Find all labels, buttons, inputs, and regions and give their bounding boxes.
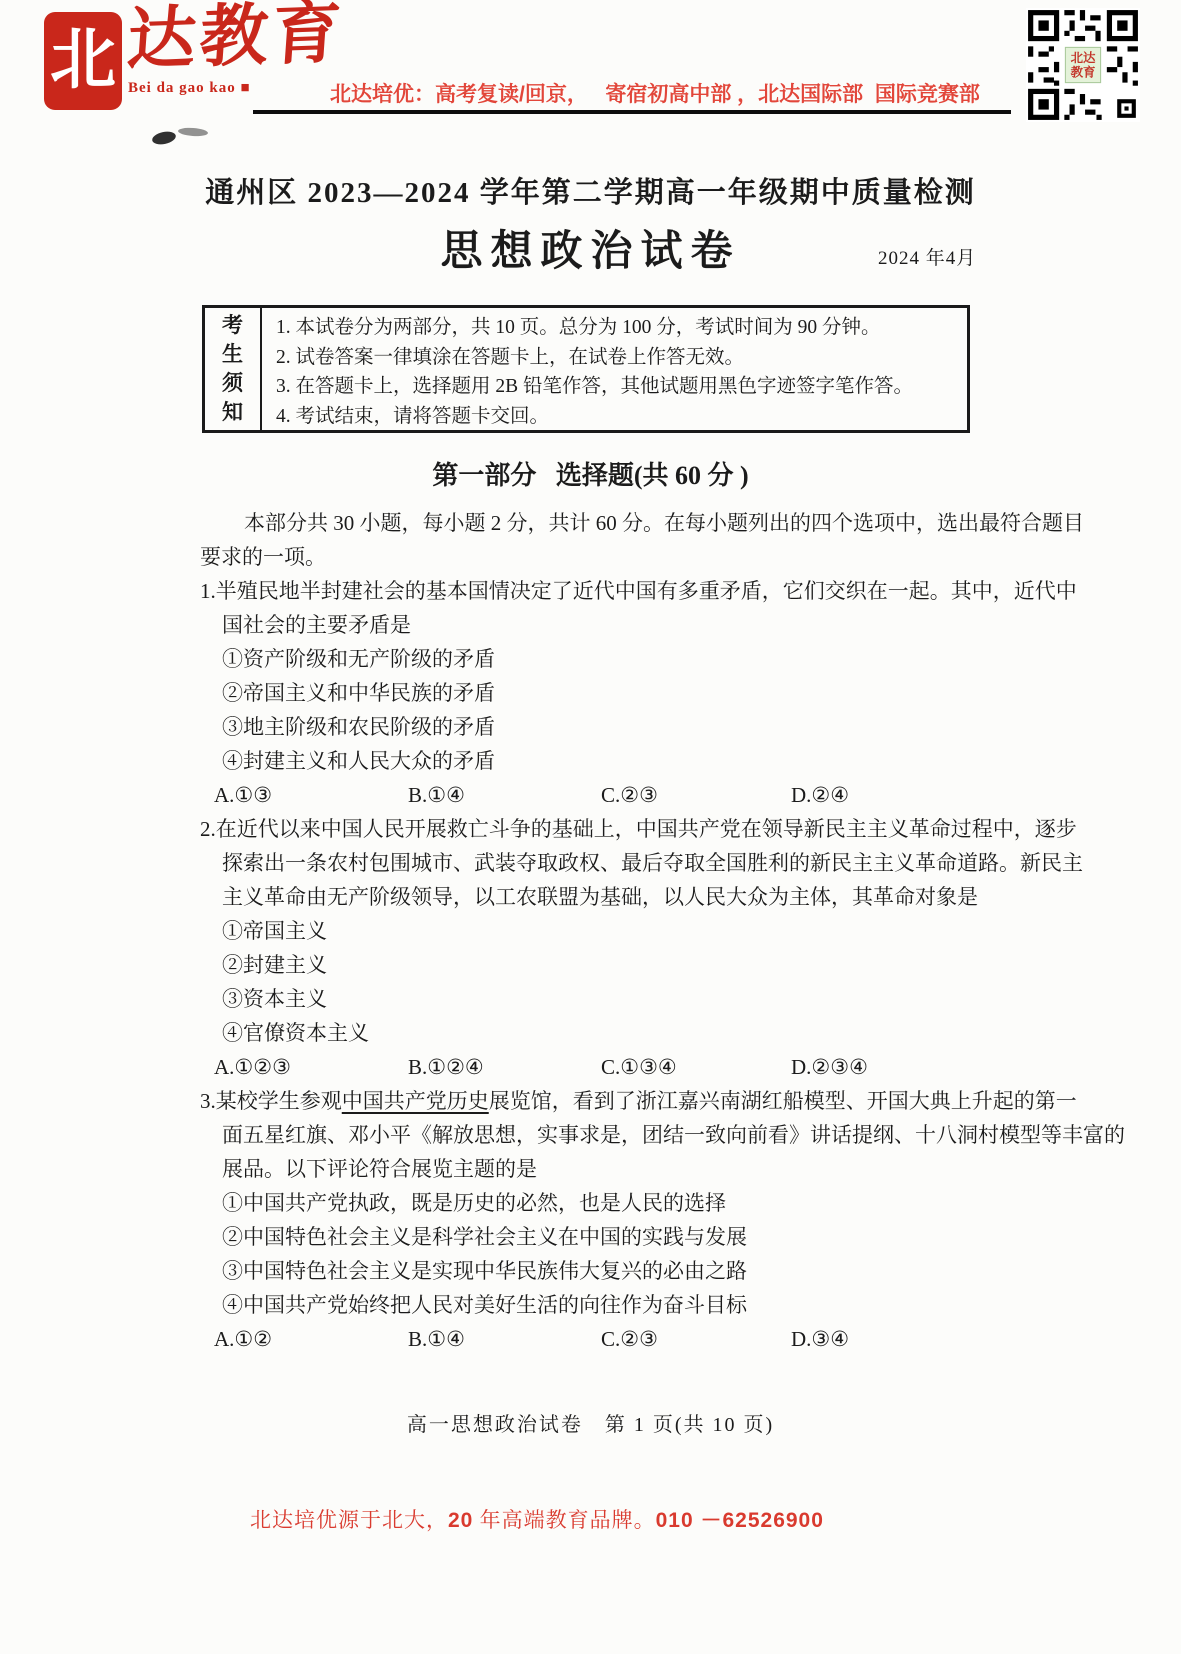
answer-choices-row: A.①②③ B.①②④ C.①③④ D.②③④ <box>200 1050 980 1084</box>
candidate-notice-box: 考 生 须 知 1. 本试卷分为两部分，共 10 页。总分为 100 分，考试时… <box>202 305 970 433</box>
scan-smudge <box>178 127 208 137</box>
brand-footer-phone: 010 －62526900 <box>656 1509 824 1532</box>
question-option: ①资产阶级和无产阶级的矛盾 <box>200 642 980 676</box>
choice-a: A.①② <box>214 1322 408 1356</box>
notice-item: 3. 在答题卡上，选择题用 2B 铅笔作答，其他试题用黑色字迹签字笔作答。 <box>276 372 967 402</box>
underlined-phrase: 中国共产党历史 <box>342 1089 489 1113</box>
page-number-footer: 高一思想政治试卷 第 1 页(共 10 页) <box>0 1408 1181 1437</box>
qr-center-label: 北达 教育 <box>1065 47 1100 82</box>
question-2: 2.在近代以来中国人民开展救亡斗争的基础上，中国共产党在领导新民主主义革命过程中… <box>200 812 980 1084</box>
choice-c: C.①③④ <box>601 1050 791 1084</box>
question-option: ②帝国主义和中华民族的矛盾 <box>200 676 980 710</box>
question-option: ①中国共产党执政，既是历史的必然，也是人民的选择 <box>200 1186 980 1220</box>
choice-d: D.②④ <box>791 778 980 812</box>
choice-d: D.③④ <box>791 1322 980 1356</box>
question-stem: 探索出一条农村包围城市、武装夺取政权、最后夺取全国胜利的新民主主义革命道路。新民… <box>200 846 980 880</box>
question-option: ①帝国主义 <box>200 914 980 948</box>
brand-seal: 北 <box>46 14 120 108</box>
notice-side-char: 考 <box>222 311 243 340</box>
question-stem: 国社会的主要矛盾是 <box>200 608 980 642</box>
choice-a: A.①②③ <box>214 1050 408 1084</box>
svg-text:教育: 教育 <box>1070 64 1096 79</box>
exam-title: 通州区 2023—2024 学年第二学期高一年级期中质量检测 <box>0 170 1181 211</box>
question-option: ③地主阶级和农民阶级的矛盾 <box>200 710 980 744</box>
choice-b: B.①④ <box>408 778 601 812</box>
question-option: ②中国特色社会主义是科学社会主义在中国的实践与发展 <box>200 1220 980 1254</box>
choice-c: C.②③ <box>601 778 791 812</box>
question-number: 1. <box>200 579 216 603</box>
question-stem: 1.半殖民地半封建社会的基本国情决定了近代中国有多重矛盾，它们交织在一起。其中，… <box>200 574 980 608</box>
question-1: 1.半殖民地半封建社会的基本国情决定了近代中国有多重矛盾，它们交织在一起。其中，… <box>200 574 980 812</box>
question-option: ④封建主义和人民大众的矛盾 <box>200 744 980 778</box>
header-divider <box>253 110 1011 114</box>
brand-logo-text: 达教育 <box>125 0 360 74</box>
qr-code-icon: 北达 教育 <box>1026 8 1140 122</box>
section-intro-line: 本部分共 30 小题，每小题 2 分，共计 60 分。在每小题列出的四个选项中，… <box>200 506 980 540</box>
choice-b: B.①④ <box>408 1322 601 1356</box>
section-heading: 第一部分 选择题(共 60 分 ) <box>0 455 1181 492</box>
notice-item: 1. 本试卷分为两部分，共 10 页。总分为 100 分，考试时间为 90 分钟… <box>276 313 967 343</box>
svg-text:北达: 北达 <box>1071 50 1096 65</box>
notice-side-char: 须 <box>222 369 243 398</box>
notice-item: 2. 试卷答案一律填涂在答题卡上，在试卷上作答无效。 <box>276 343 967 373</box>
brand-pinyin-text: Bei da gao kao ■ <box>128 80 251 97</box>
notice-side-char: 生 <box>222 340 243 369</box>
choice-c: C.②③ <box>601 1322 791 1356</box>
notice-side-label: 考 生 须 知 <box>205 308 262 430</box>
choice-b: B.①②④ <box>408 1050 601 1084</box>
notice-side-char: 知 <box>222 398 243 427</box>
questions-area: 本部分共 30 小题，每小题 2 分，共计 60 分。在每小题列出的四个选项中，… <box>200 506 980 1356</box>
question-option: ③中国特色社会主义是实现中华民族伟大复兴的必由之路 <box>200 1254 980 1288</box>
brand-seal-character: 北 <box>50 28 116 94</box>
answer-choices-row: A.①③ B.①④ C.②③ D.②④ <box>200 778 980 812</box>
question-number: 2. <box>200 817 216 841</box>
question-stem: 2.在近代以来中国人民开展救亡斗争的基础上，中国共产党在领导新民主主义革命过程中… <box>200 812 980 846</box>
choice-a: A.①③ <box>214 778 408 812</box>
notice-item: 4. 考试结束，请将答题卡交回。 <box>276 402 967 432</box>
exam-paper-page: 北 达教育 Bei da gao kao ■ 北达培优：高考复读/回京， 寄宿初… <box>0 0 1181 1654</box>
brand-footer-years: 20 <box>448 1509 473 1532</box>
question-stem: 主义革命由无产阶级领导，以工农联盟为基础，以人民大众为主体，其革命对象是 <box>200 880 980 914</box>
question-3: 3.某校学生参观中国共产党历史展览馆，看到了浙江嘉兴南湖红船模型、开国大典上升起… <box>200 1084 980 1356</box>
question-stem: 展品。以下评论符合展览主题的是 <box>200 1152 980 1186</box>
section-intro-line: 要求的一项。 <box>200 540 980 574</box>
scan-smudge <box>151 130 177 147</box>
question-option: ②封建主义 <box>200 948 980 982</box>
question-option: ③资本主义 <box>200 982 980 1016</box>
brand-slogan: 北达培优：高考复读/回京， 寄宿初高中部 ，北达国际部 国际竞赛部 <box>330 78 980 108</box>
answer-choices-row: A.①② B.①④ C.②③ D.③④ <box>200 1322 980 1356</box>
question-option: ④中国共产党始终把人民对美好生活的向往作为奋斗目标 <box>200 1288 980 1322</box>
exam-date: 2024 年4月 <box>878 243 976 270</box>
question-stem: 面五星红旗、邓小平《解放思想，实事求是，团结一致向前看》讲话提纲、十八洞村模型等… <box>200 1118 980 1152</box>
brand-footer: 北达培优源于北大，20 年高端教育品牌。010 －62526900 <box>250 1504 824 1534</box>
notice-items: 1. 本试卷分为两部分，共 10 页。总分为 100 分，考试时间为 90 分钟… <box>262 308 967 430</box>
subject-title: 思想政治试卷 <box>0 218 1181 278</box>
question-stem: 3.某校学生参观中国共产党历史展览馆，看到了浙江嘉兴南湖红船模型、开国大典上升起… <box>200 1084 980 1118</box>
choice-d: D.②③④ <box>791 1050 980 1084</box>
question-option: ④官僚资本主义 <box>200 1016 980 1050</box>
question-number: 3. <box>200 1089 216 1113</box>
